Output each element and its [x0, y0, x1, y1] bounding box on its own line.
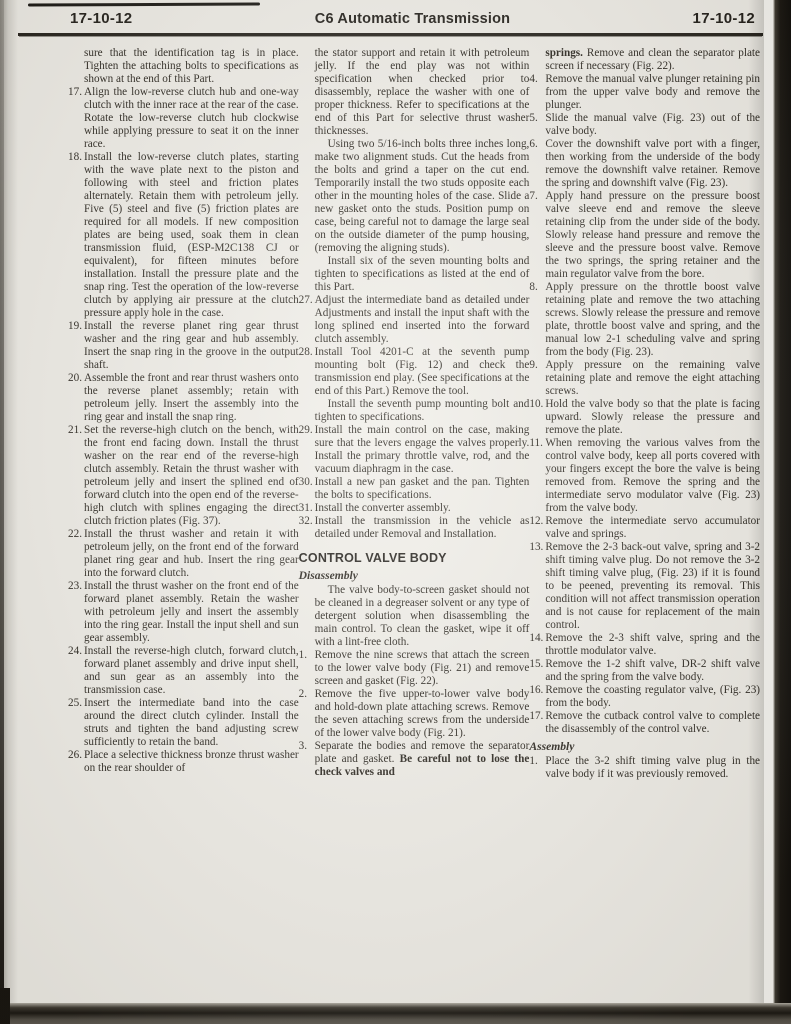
- body-text: Install the reverse planet ring gear thr…: [84, 320, 299, 371]
- body-text: Apply pressure on the remaining valve re…: [545, 359, 760, 397]
- body-text: Remove the manual valve plunger retainin…: [545, 73, 760, 111]
- body-text: Install the converter assembly.: [315, 502, 451, 514]
- step-number: 14.: [529, 632, 543, 645]
- body-text: the stator support and retain it with pe…: [315, 47, 530, 137]
- numbered-step: 26.Place a selective thickness bronze th…: [84, 749, 299, 775]
- step-number: 5.: [529, 112, 537, 125]
- numbered-step: 17.Align the low-reverse clutch hub and …: [84, 86, 299, 151]
- paragraph: the stator support and retain it with pe…: [315, 47, 530, 138]
- numbered-step: 25.Insert the intermediate band into the…: [84, 697, 299, 749]
- body-text: Apply pressure on the throttle boost val…: [545, 281, 760, 358]
- numbered-step: 15.Remove the 1-2 shift valve, DR-2 shif…: [545, 658, 760, 684]
- body-text: Install the reverse-high clutch, forward…: [84, 645, 299, 696]
- body-text: Remove the nine screws that attach the s…: [315, 649, 530, 687]
- section-heading: CONTROL VALVE BODY: [299, 552, 530, 565]
- numbered-step: 10.Hold the valve body so that the plate…: [545, 398, 760, 437]
- numbered-step: 8.Apply pressure on the throttle boost v…: [545, 281, 760, 359]
- header-rule: [18, 33, 763, 36]
- step-number: 6.: [529, 138, 537, 151]
- numbered-step: 7.Apply hand pressure on the pressure bo…: [545, 190, 760, 281]
- body-text: Remove the coasting regulator valve, (Fi…: [545, 684, 760, 709]
- body-text: Remove the intermediate servo accumulato…: [545, 515, 760, 540]
- numbered-step: 17.Remove the cutback control valve to c…: [545, 710, 760, 736]
- body-text: Install the seventh pump mounting bolt a…: [315, 398, 530, 423]
- body-text: Install a new pan gasket and the pan. Ti…: [315, 476, 530, 501]
- numbered-step: 27.Adjust the intermediate band as detai…: [315, 294, 530, 346]
- step-number: 21.: [68, 424, 82, 437]
- numbered-step: 1.Remove the nine screws that attach the…: [315, 649, 530, 688]
- step-number: 7.: [529, 190, 537, 203]
- step-number: 28.: [299, 346, 313, 359]
- scan-edge-left-dark: [0, 0, 4, 1024]
- body-text: Cover the downshift valve port with a fi…: [545, 138, 760, 189]
- scan-edge-bottom-band: [0, 1003, 791, 1024]
- numbered-step: 4.Remove the manual valve plunger retain…: [545, 73, 760, 112]
- step-number: 17.: [529, 710, 543, 723]
- numbered-step: 28.Install Tool 4201-C at the seventh pu…: [315, 346, 530, 398]
- body-text: Install the thrust washer on the front e…: [84, 580, 299, 644]
- step-number: 11.: [529, 437, 543, 450]
- subsection-heading: Disassembly: [299, 569, 530, 582]
- body-text: Slide the manual valve (Fig. 23) out of …: [545, 112, 760, 137]
- numbered-step: 12.Remove the intermediate servo accumul…: [545, 515, 760, 541]
- body-text: Install the main control on the case, ma…: [315, 424, 530, 475]
- column-right: springs. Remove and clean the separator …: [529, 47, 760, 781]
- step-number: 24.: [68, 645, 82, 658]
- step-number: 1.: [529, 755, 537, 768]
- scan-edge-right-black: [773, 0, 791, 1024]
- column-left: sure that the identification tag is in p…: [68, 47, 299, 781]
- body-text: Adjust the intermediate band as detailed…: [315, 294, 530, 345]
- step-number: 9.: [529, 359, 537, 372]
- paragraph: Install six of the seven mounting bolts …: [315, 255, 530, 294]
- scanned-manual-page: 17-10-12 C6 Automatic Transmission 17-10…: [0, 0, 791, 1024]
- numbered-step: 14.Remove the 2-3 shift valve, spring an…: [545, 632, 760, 658]
- numbered-step: 3.Separate the bodies and remove the sep…: [315, 740, 530, 779]
- text-columns: sure that the identification tag is in p…: [68, 47, 760, 781]
- numbered-step: 6.Cover the downshift valve port with a …: [545, 138, 760, 190]
- body-text: Place the 3-2 shift timing valve plug in…: [545, 755, 760, 780]
- numbered-step: 11.When removing the various valves from…: [545, 437, 760, 515]
- numbered-step: 9.Apply pressure on the remaining valve …: [545, 359, 760, 398]
- body-text: Remove the 2-3 shift valve, spring and t…: [545, 632, 760, 657]
- body-text: Set the reverse-high clutch on the bench…: [84, 424, 299, 527]
- step-number: 22.: [68, 528, 82, 541]
- step-number: 8.: [529, 281, 537, 294]
- numbered-step: 22.Install the thrust washer and retain …: [84, 528, 299, 580]
- numbered-step: 5.Slide the manual valve (Fig. 23) out o…: [545, 112, 760, 138]
- paragraph: Install the seventh pump mounting bolt a…: [315, 398, 530, 424]
- numbered-step: 23.Install the thrust washer on the fron…: [84, 580, 299, 645]
- numbered-step: 1.Place the 3-2 shift timing valve plug …: [545, 755, 760, 781]
- step-number: 10.: [529, 398, 543, 411]
- numbered-step: 13.Remove the 2-3 back-out valve, spring…: [545, 541, 760, 632]
- step-number: 3.: [299, 740, 307, 753]
- step-number: 29.: [299, 424, 313, 437]
- numbered-step: 24.Install the reverse-high clutch, forw…: [84, 645, 299, 697]
- body-text: Remove the cutback control valve to comp…: [545, 710, 760, 735]
- step-number: 1.: [299, 649, 307, 662]
- body-text: Remove the 1-2 shift valve, DR-2 shift v…: [545, 658, 760, 683]
- page-header: 17-10-12 C6 Automatic Transmission 17-10…: [70, 10, 755, 27]
- step-number: 15.: [529, 658, 543, 671]
- scan-edge-bottom-left-corner: [0, 988, 10, 1024]
- body-text: Place a selective thickness bronze thrus…: [84, 749, 299, 774]
- page-curl-shadow: [748, 0, 764, 1024]
- step-number: 2.: [299, 688, 307, 701]
- step-number: 18.: [68, 151, 82, 164]
- body-text: Assemble the front and rear thrust washe…: [84, 372, 299, 423]
- body-text: When removing the various valves from th…: [545, 437, 760, 514]
- header-code-left: 17-10-12: [70, 10, 132, 27]
- scan-edge-top-line: [28, 2, 260, 6]
- step-number: 30.: [299, 476, 313, 489]
- step-number: 32.: [299, 515, 313, 528]
- paragraph: Using two 5/16-inch bolts three inches l…: [315, 138, 530, 255]
- numbered-step: 21.Set the reverse-high clutch on the be…: [84, 424, 299, 528]
- numbered-step: 16.Remove the coasting regulator valve, …: [545, 684, 760, 710]
- numbered-step: 30.Install a new pan gasket and the pan.…: [315, 476, 530, 502]
- step-number: 4.: [529, 73, 537, 86]
- step-number: 31.: [299, 502, 313, 515]
- step-number: 16.: [529, 684, 543, 697]
- step-number: 26.: [68, 749, 82, 762]
- body-text: Install Tool 4201-C at the seventh pump …: [315, 346, 530, 397]
- column-middle: the stator support and retain it with pe…: [299, 47, 530, 781]
- subsection-heading: Assembly: [529, 740, 760, 753]
- body-text: Install the low-reverse clutch plates, s…: [84, 151, 299, 319]
- step-number: 23.: [68, 580, 82, 593]
- step-number: 19.: [68, 320, 82, 333]
- step-number: 13.: [529, 541, 543, 554]
- body-text: Remove the five upper-to-lower valve bod…: [315, 688, 530, 739]
- body-text: Install the transmission in the vehicle …: [315, 515, 530, 540]
- paragraph: springs. Remove and clean the separator …: [545, 47, 760, 73]
- numbered-step: 20.Assemble the front and rear thrust wa…: [84, 372, 299, 424]
- bold-text: springs.: [545, 47, 583, 59]
- body-text: Remove the 2-3 back-out valve, spring an…: [545, 541, 760, 631]
- body-text: Insert the intermediate band into the ca…: [84, 697, 299, 748]
- body-text: Install six of the seven mounting bolts …: [315, 255, 530, 293]
- body-text: Using two 5/16-inch bolts three inches l…: [315, 138, 530, 254]
- page-edge-highlight: [764, 0, 773, 1024]
- body-text: The valve body-to-screen gasket should n…: [315, 584, 530, 648]
- step-number: 20.: [68, 372, 82, 385]
- body-text: Hold the valve body so that the plate is…: [545, 398, 760, 436]
- page-title: C6 Automatic Transmission: [315, 11, 510, 27]
- step-number: 17.: [68, 86, 82, 99]
- paragraph: The valve body-to-screen gasket should n…: [315, 584, 530, 649]
- body-text: Apply hand pressure on the pressure boos…: [545, 190, 760, 280]
- body-text: Align the low-reverse clutch hub and one…: [84, 86, 299, 150]
- numbered-step: 32.Install the transmission in the vehic…: [315, 515, 530, 541]
- numbered-step: 18.Install the low-reverse clutch plates…: [84, 151, 299, 320]
- step-number: 27.: [299, 294, 313, 307]
- paragraph: sure that the identification tag is in p…: [84, 47, 299, 86]
- body-text: Install the thrust washer and retain it …: [84, 528, 299, 579]
- header-code-right: 17-10-12: [693, 10, 755, 27]
- numbered-step: 29.Install the main control on the case,…: [315, 424, 530, 476]
- step-number: 25.: [68, 697, 82, 710]
- numbered-step: 19.Install the reverse planet ring gear …: [84, 320, 299, 372]
- numbered-step: 31.Install the converter assembly.: [315, 502, 530, 515]
- numbered-step: 2.Remove the five upper-to-lower valve b…: [315, 688, 530, 740]
- body-text: sure that the identification tag is in p…: [84, 47, 299, 85]
- step-number: 12.: [529, 515, 543, 528]
